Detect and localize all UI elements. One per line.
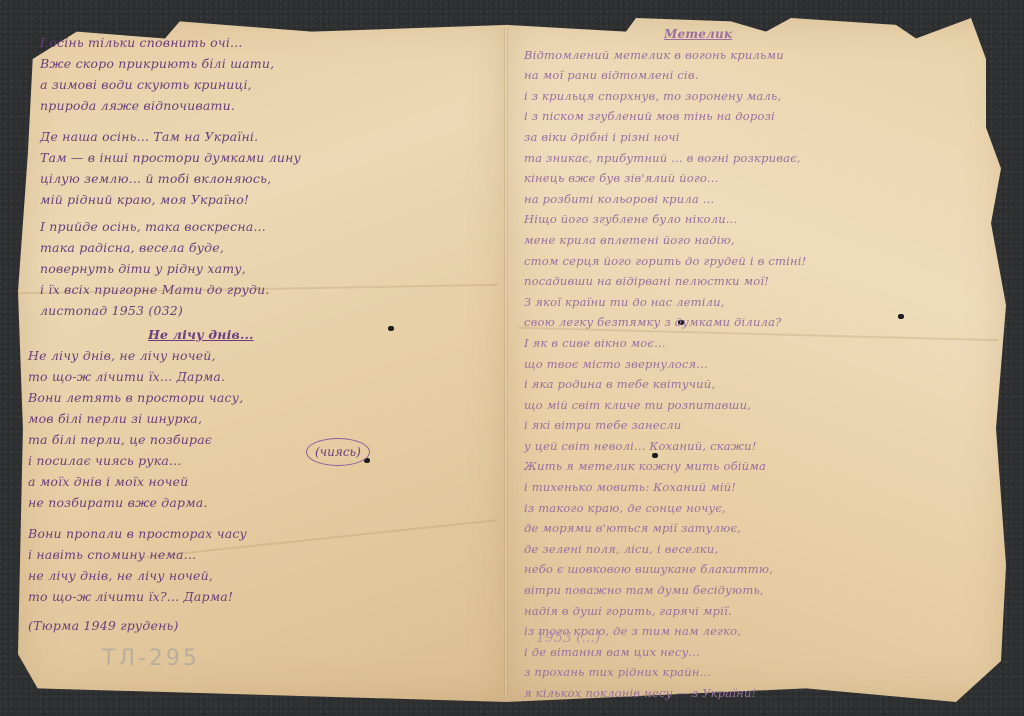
poem-line: І осінь тільки сповнить очі... (40, 32, 301, 53)
poem-line: і посилає чиясь рука... (28, 450, 254, 471)
poem-line: і яка родина в тебе квітучий, (524, 374, 806, 395)
poem-line: і які вітри тебе занесли (524, 415, 806, 436)
poem-line: та зникає, прибутний ... в вогні розкрив… (524, 148, 806, 169)
poem-line: Не лічу днів, не лічу ночей, (28, 345, 254, 366)
poem-line: Там — в інші простори думками лину (40, 147, 301, 168)
poem-line: і їх всіх пригорне Мати до груди. (40, 279, 301, 300)
poem-line: природа ляже відпочивати. (40, 95, 301, 116)
archive-mark: ТЛ-295 (102, 646, 200, 671)
poem-1: І осінь тільки сповнить очі... Вже скоро… (40, 32, 301, 321)
poem-line: мене крила вплетені його надію, (524, 230, 806, 251)
poem-line: за віки дрібні і різні ночі (524, 127, 806, 148)
poem-line: і з піском згублений мов тінь на дорозі (524, 106, 806, 127)
poem-line: у цей світ неволі... Коханий, скажи! (524, 436, 806, 457)
poem-line: на розбиті кольорові крила ... (524, 189, 806, 210)
margin-note: (чиясь) (306, 438, 370, 466)
poem-3-title: Метелик (664, 24, 806, 45)
poem-line: небо є шовковою вишукане блакиттю, (524, 559, 806, 580)
poem-line: де зелені поля, ліси, і веселки, (524, 539, 806, 560)
poem-line: З якої країни ти до нас летіли, (524, 292, 806, 313)
poem-line: вітри поважно там думи бесідують, (524, 580, 806, 601)
poem-2-title: Не лічу днів... (148, 324, 254, 345)
poem-line: Відтомлений метелик в вогонь крильми (524, 45, 806, 66)
poem-line: де морями в'ються мрії затулює, (524, 518, 806, 539)
poem-line: а моїх днів і моїх ночей (28, 471, 254, 492)
poem-line: і навіть спомину нема... (28, 544, 254, 565)
poem-line: надія в душі горить, гарячі мрії. (524, 601, 806, 622)
poem-line: така радісна, весела буде, (40, 237, 301, 258)
poem-line: та білі перли, це позбирає (28, 429, 254, 450)
poem-line: я кількох поклонів несу — з України! (524, 683, 806, 704)
poem-line: що твоє місто звернулося... (524, 354, 806, 375)
poem-line: Жить я метелик кожну мить обійма (524, 456, 806, 477)
poem-line: Вони летять в простори часу, (28, 387, 254, 408)
poem-line: повернуть діти у рідну хату, (40, 258, 301, 279)
poem-2: Не лічу днів... Не лічу днів, не лічу но… (28, 324, 254, 636)
poem-line: кінець вже був зів'ялий його... (524, 168, 806, 189)
poem-line: то що-ж лічити їх... Дарма. (28, 366, 254, 387)
poem-line: І прийде осінь, така воскресна... (40, 216, 301, 237)
poem-line: стом серця його горить до грудей і в сті… (524, 251, 806, 272)
poem-line: Вони пропали в просторах часу (28, 523, 254, 544)
poem-line: з прохань тих рідних крайн... (524, 662, 806, 683)
poem-3: Метелик Відтомлений метелик в вогонь кри… (524, 24, 806, 704)
manuscript-sheet: І осінь тільки сповнить очі... Вже скоро… (18, 18, 1008, 702)
poem-line: то що-ж лічити їх?... Дарма! (28, 586, 254, 607)
center-fold (504, 28, 508, 698)
poem-1-date: листопад 1953 (032) (40, 300, 301, 321)
poem-line: що мій світ кличе ти розпитавши, (524, 395, 806, 416)
poem-3-date: 1953 (...) (536, 630, 600, 646)
paper-hole (898, 314, 904, 319)
poem-line: І як в сиве вікно моє... (524, 333, 806, 354)
poem-line: Вже скоро прикриють білі шати, (40, 53, 301, 74)
poem-line: посадивши на відірвані пелюстки мої! (524, 271, 806, 292)
poem-line: і тихенько мовить: Коханий мій! (524, 477, 806, 498)
poem-line: не позбирати вже дарма. (28, 492, 254, 513)
poem-line: мов білі перли зі шнурка, (28, 408, 254, 429)
poem-line: не лічу днів, не лічу ночей, (28, 565, 254, 586)
poem-line: Ніщо його згублене було ніколи... (524, 209, 806, 230)
poem-line: цілую землю... й тобі вклоняюсь, (40, 168, 301, 189)
poem-line: а зимові води скують криниці, (40, 74, 301, 95)
poem-line: із такого краю, де сонце ночує, (524, 498, 806, 519)
paper-hole (388, 326, 394, 331)
poem-line: на мої рани відтомлені сів. (524, 65, 806, 86)
poem-line: мій рідний краю, моя Україно! (40, 189, 301, 210)
poem-line: Де наша осінь... Там на Україні. (40, 126, 301, 147)
poem-2-signature: (Тюрма 1949 грудень) (28, 615, 254, 636)
poem-line: і з крильця спорхнув, то зоронену маль, (524, 86, 806, 107)
poem-line: свою легку безтямку з думками ділила? (524, 312, 806, 333)
